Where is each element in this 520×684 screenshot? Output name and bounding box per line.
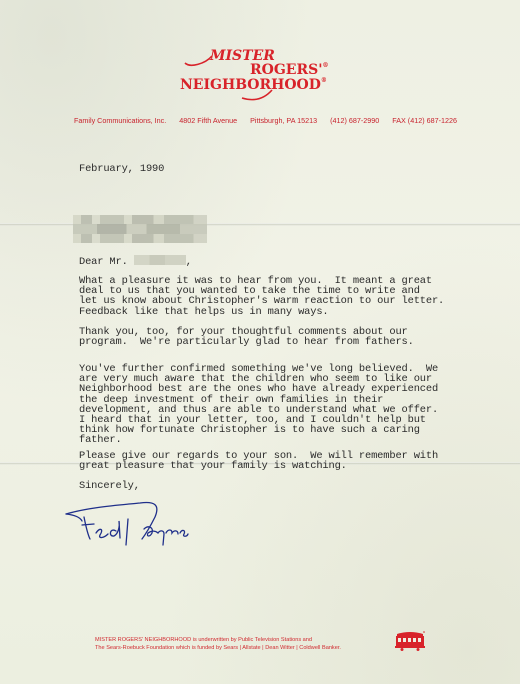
fax-number: FAX (412) 687-1226 [392, 116, 457, 125]
underwriting-line: MISTER ROGERS' NEIGHBORHOOD is underwrit… [95, 636, 341, 644]
phone-number: (412) 687-2990 [330, 116, 379, 125]
body-paragraph: Thank you, too, for your thoughtful comm… [79, 327, 414, 347]
logo-line-rogers: ROGERS'® [250, 62, 329, 78]
logo-line-neighborhood: NEIGHBORHOOD® [180, 77, 327, 93]
underwriting-notice: MISTER ROGERS' NEIGHBORHOOD is underwrit… [95, 636, 341, 652]
body-paragraph: You've further confirmed something we've… [79, 364, 438, 446]
city-state-zip: Pittsburgh, PA 15213 [250, 116, 317, 125]
street-address: 4802 Fifth Avenue [179, 116, 237, 125]
signature-fred-rogers [60, 497, 190, 552]
letter-date: February, 1990 [79, 164, 164, 174]
closing: Sincerely, [79, 481, 140, 491]
company-name: Family Communications, Inc. [74, 116, 166, 125]
letterhead-address: Family Communications, Inc. 4802 Fifth A… [74, 116, 474, 125]
underwriting-line: The Sears-Roebuck Foundation which is fu… [95, 644, 341, 652]
redacted-recipient-name [134, 255, 186, 265]
redacted-recipient-address [73, 215, 207, 243]
mister-rogers-logo: MISTER ROGERS'® NEIGHBORHOOD® [180, 38, 350, 108]
trolley-icon [393, 629, 427, 651]
body-paragraph: What a pleasure it was to hear from you.… [79, 276, 444, 317]
body-paragraph: Please give our regards to your son. We … [79, 451, 438, 471]
salutation: Dear Mr. , [79, 255, 192, 267]
